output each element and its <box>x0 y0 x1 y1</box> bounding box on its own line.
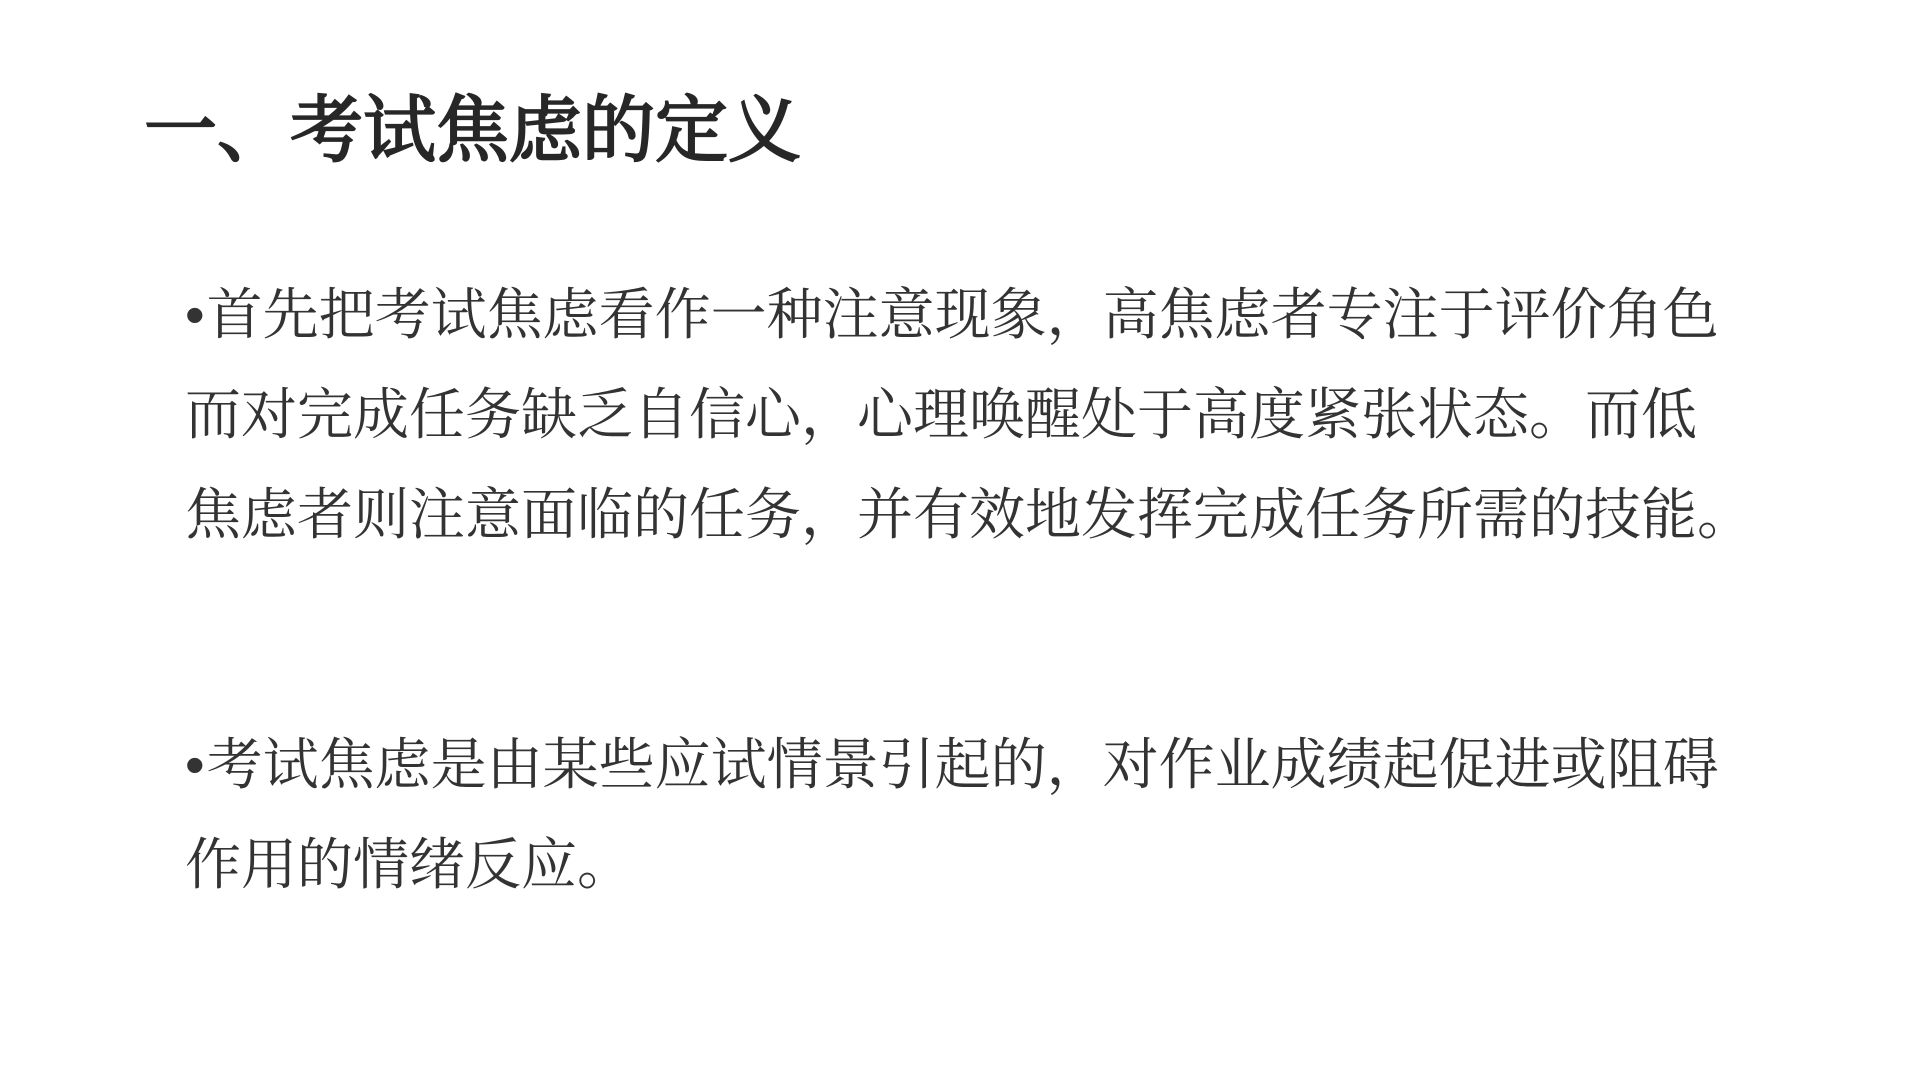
bullet-marker: • <box>185 283 207 346</box>
bullet-paragraph-emotional-reaction: •考试焦虑是由某些应试情景引起的，对作业成绩起促进或阻碍 作用的情绪反应。 <box>185 715 1805 915</box>
text-line: 焦虑者则注意面临的任务，并有效地发挥完成任务所需的技能。 <box>185 465 1805 565</box>
text-line: 作用的情绪反应。 <box>185 815 1805 915</box>
slide-title: 一、考试焦虑的定义 <box>144 83 801 178</box>
slide-body: •首先把考试焦虑看作一种注意现象，高焦虑者专注于评价角色 而对完成任务缺乏自信心… <box>185 265 1805 915</box>
text-line-content: 考试焦虑是由某些应试情景引起的，对作业成绩起促进或阻碍 <box>207 733 1719 796</box>
text-line-content: 首先把考试焦虑看作一种注意现象，高焦虑者专注于评价角色 <box>207 283 1719 346</box>
text-line: •首先把考试焦虑看作一种注意现象，高焦虑者专注于评价角色 <box>185 265 1805 365</box>
text-line: 而对完成任务缺乏自信心，心理唤醒处于高度紧张状态。而低 <box>185 365 1805 465</box>
presentation-slide: 一、考试焦虑的定义 •首先把考试焦虑看作一种注意现象，高焦虑者专注于评价角色 而… <box>0 0 1920 1080</box>
bullet-marker: • <box>185 733 207 796</box>
bullet-paragraph-attention-definition: •首先把考试焦虑看作一种注意现象，高焦虑者专注于评价角色 而对完成任务缺乏自信心… <box>185 265 1805 565</box>
text-line: •考试焦虑是由某些应试情景引起的，对作业成绩起促进或阻碍 <box>185 715 1805 815</box>
